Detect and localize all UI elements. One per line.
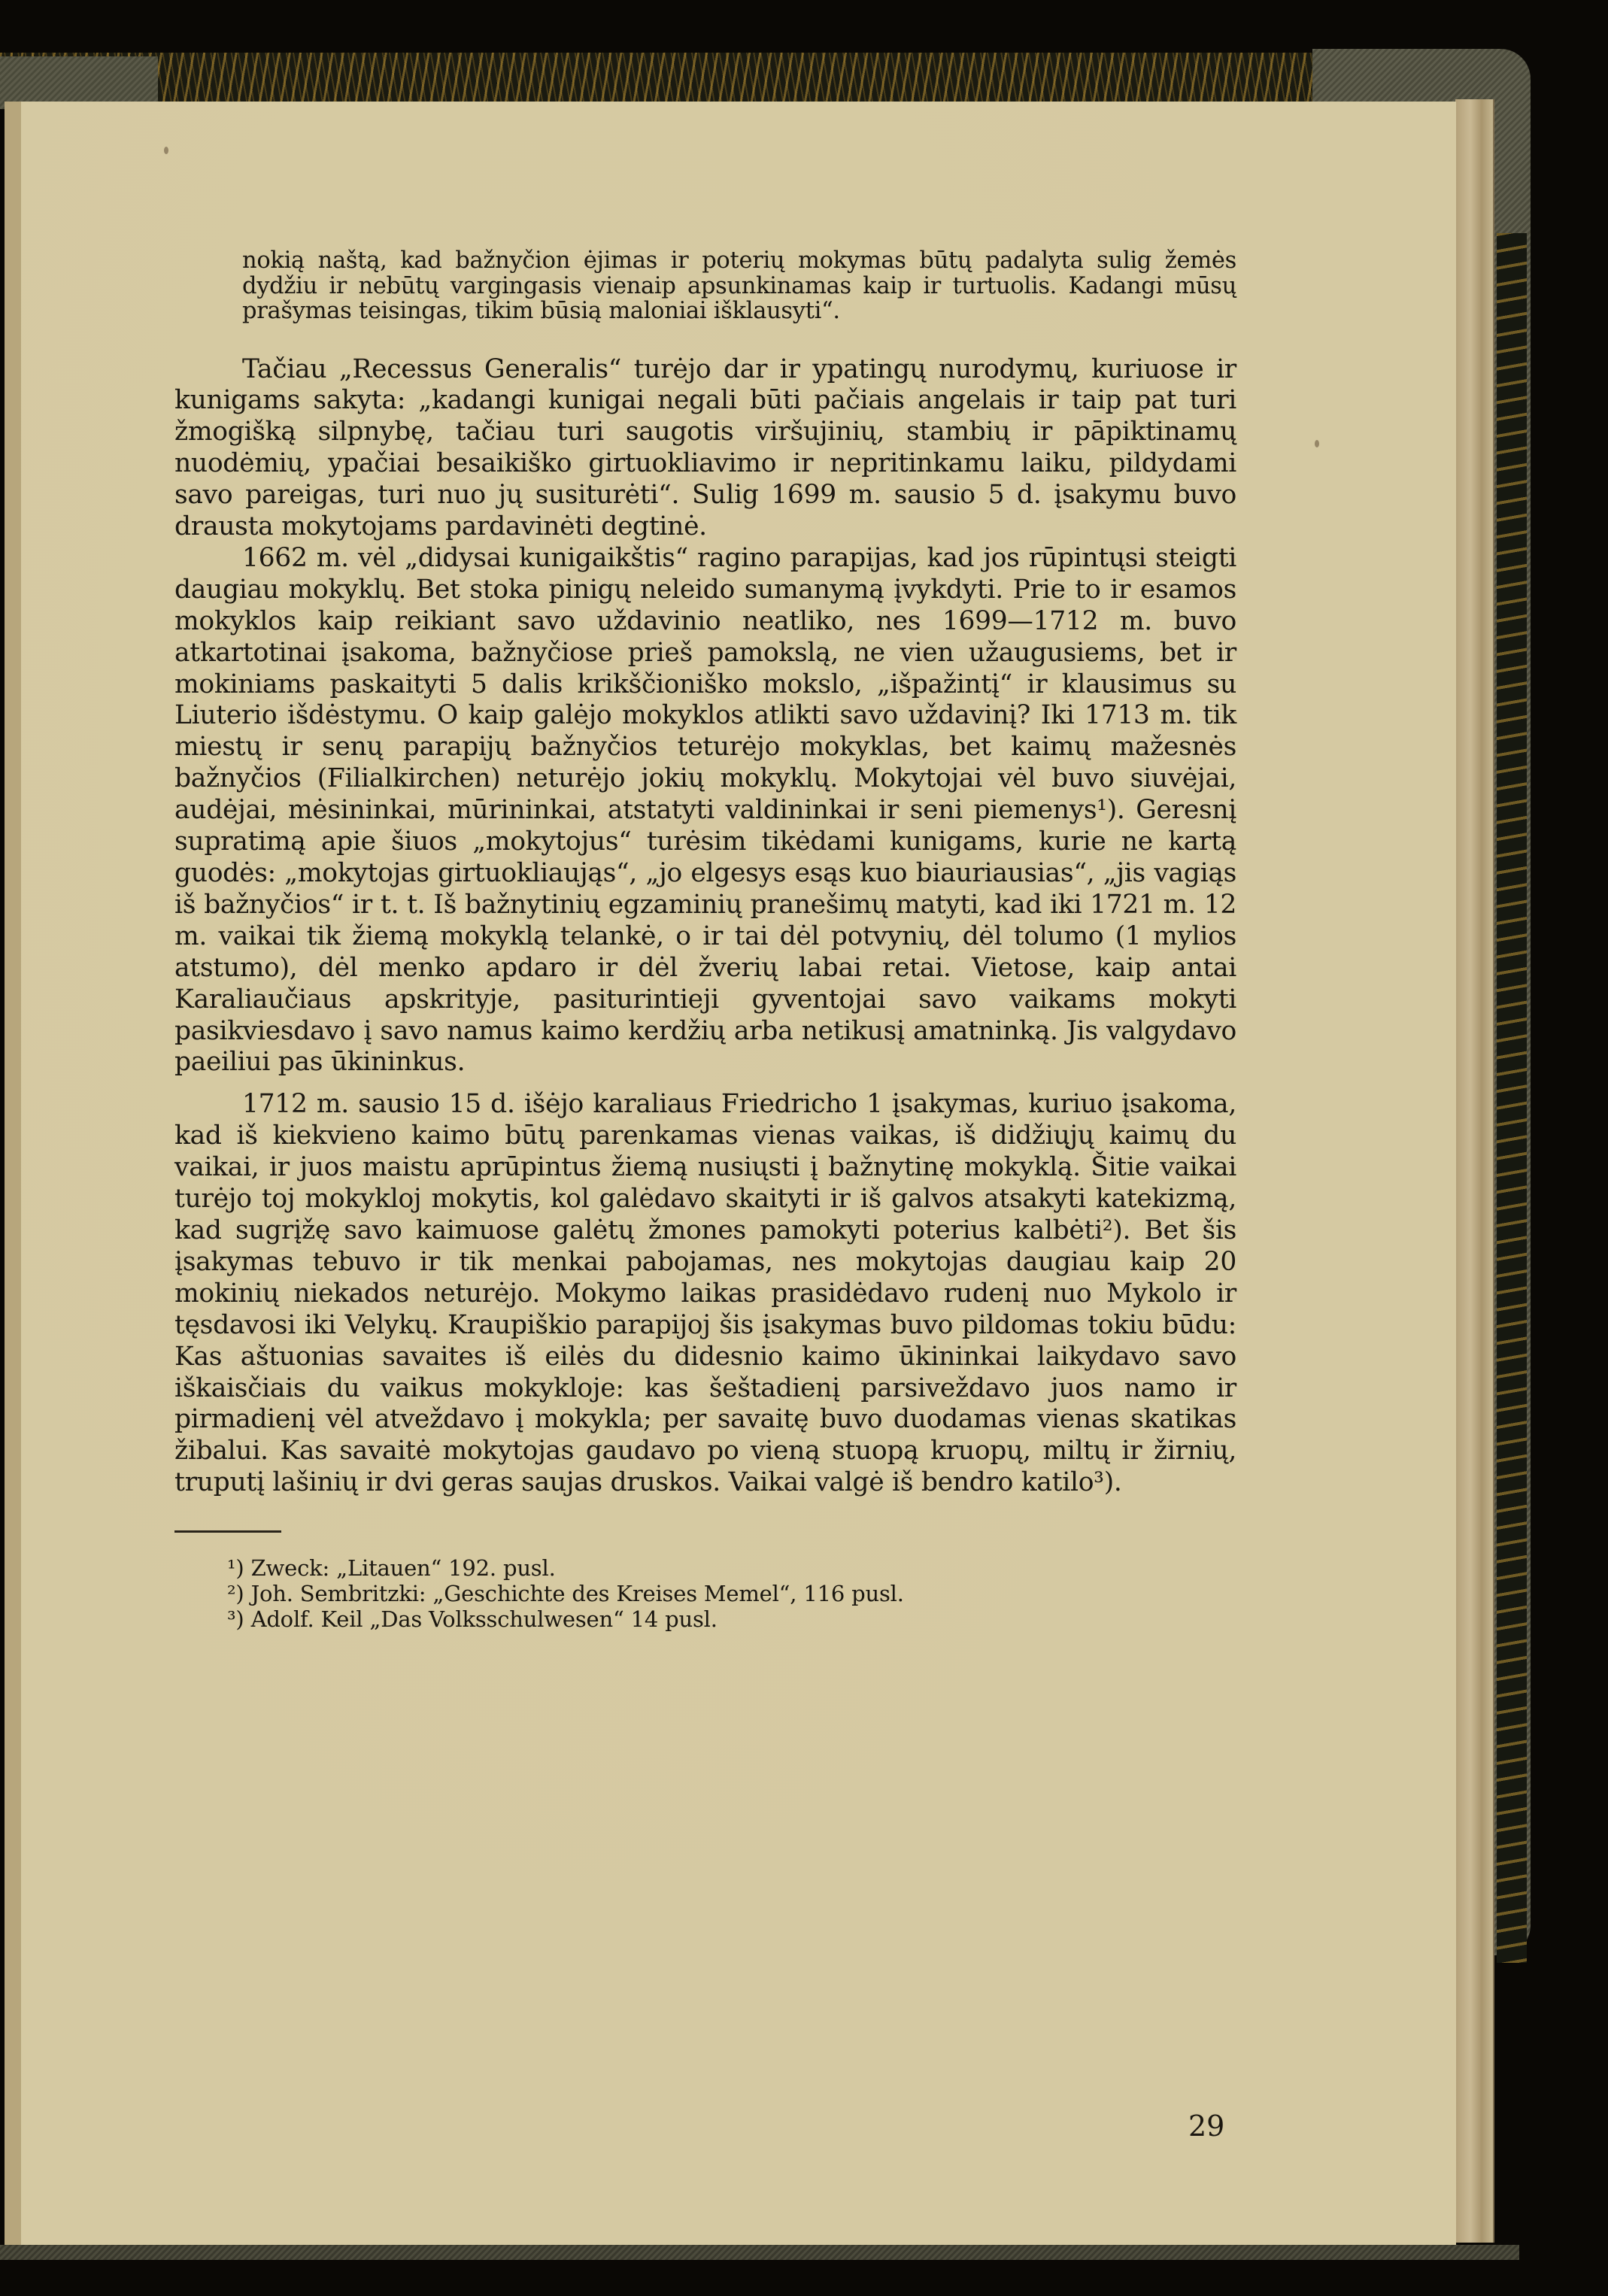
paragraph-gap [174, 1078, 1236, 1089]
footnote-marker: ¹) [227, 1555, 244, 1581]
book-cover-marbled-edge [1497, 233, 1527, 1963]
book-cover-bottom [0, 2245, 1519, 2260]
footnote-3: ³) Adolf. Keil „Das Volksschulwesen“ 14 … [174, 1606, 1236, 1632]
body-paragraph-1712: 1712 m. sausio 15 d. išėjo karaliaus Fri… [174, 1089, 1236, 1499]
page-text-block: nokią naštą, kad bažnyčion ėjimas ir pot… [174, 248, 1236, 1632]
footnote-marker: ³) [227, 1606, 244, 1632]
book-page: nokią naštą, kad bažnyčion ėjimas ir pot… [5, 102, 1456, 2245]
page-stack-edge [1455, 99, 1494, 2243]
paper-speck [1315, 440, 1319, 447]
body-paragraph-recessus: Tačiau „Recessus Generalis“ turėjo dar i… [174, 354, 1236, 543]
paragraph-gap [174, 324, 1236, 354]
page-number: 29 [1188, 2109, 1224, 2143]
book-cover-top-marbled [0, 53, 1504, 109]
footnote-separator [174, 1530, 281, 1533]
footnote-text: Adolf. Keil „Das Volksschulwesen“ 14 pus… [251, 1606, 718, 1632]
body-paragraph-1662: 1662 m. vėl „didysai kunigaikštis“ ragin… [174, 543, 1236, 1078]
footnote-1: ¹) Zweck: „Litauen“ 192. pusl. [174, 1555, 1236, 1581]
footnote-marker: ²) [227, 1581, 244, 1606]
footnote-text: Zweck: „Litauen“ 192. pusl. [251, 1555, 556, 1581]
footnote-2: ²) Joh. Sembritzki: „Geschichte des Krei… [174, 1581, 1236, 1606]
footnote-text: Joh. Sembritzki: „Geschichte des Kreises… [251, 1581, 904, 1606]
quote-continuation-paragraph: nokią naštą, kad bažnyčion ėjimas ir pot… [174, 248, 1236, 324]
paper-speck [164, 147, 168, 154]
